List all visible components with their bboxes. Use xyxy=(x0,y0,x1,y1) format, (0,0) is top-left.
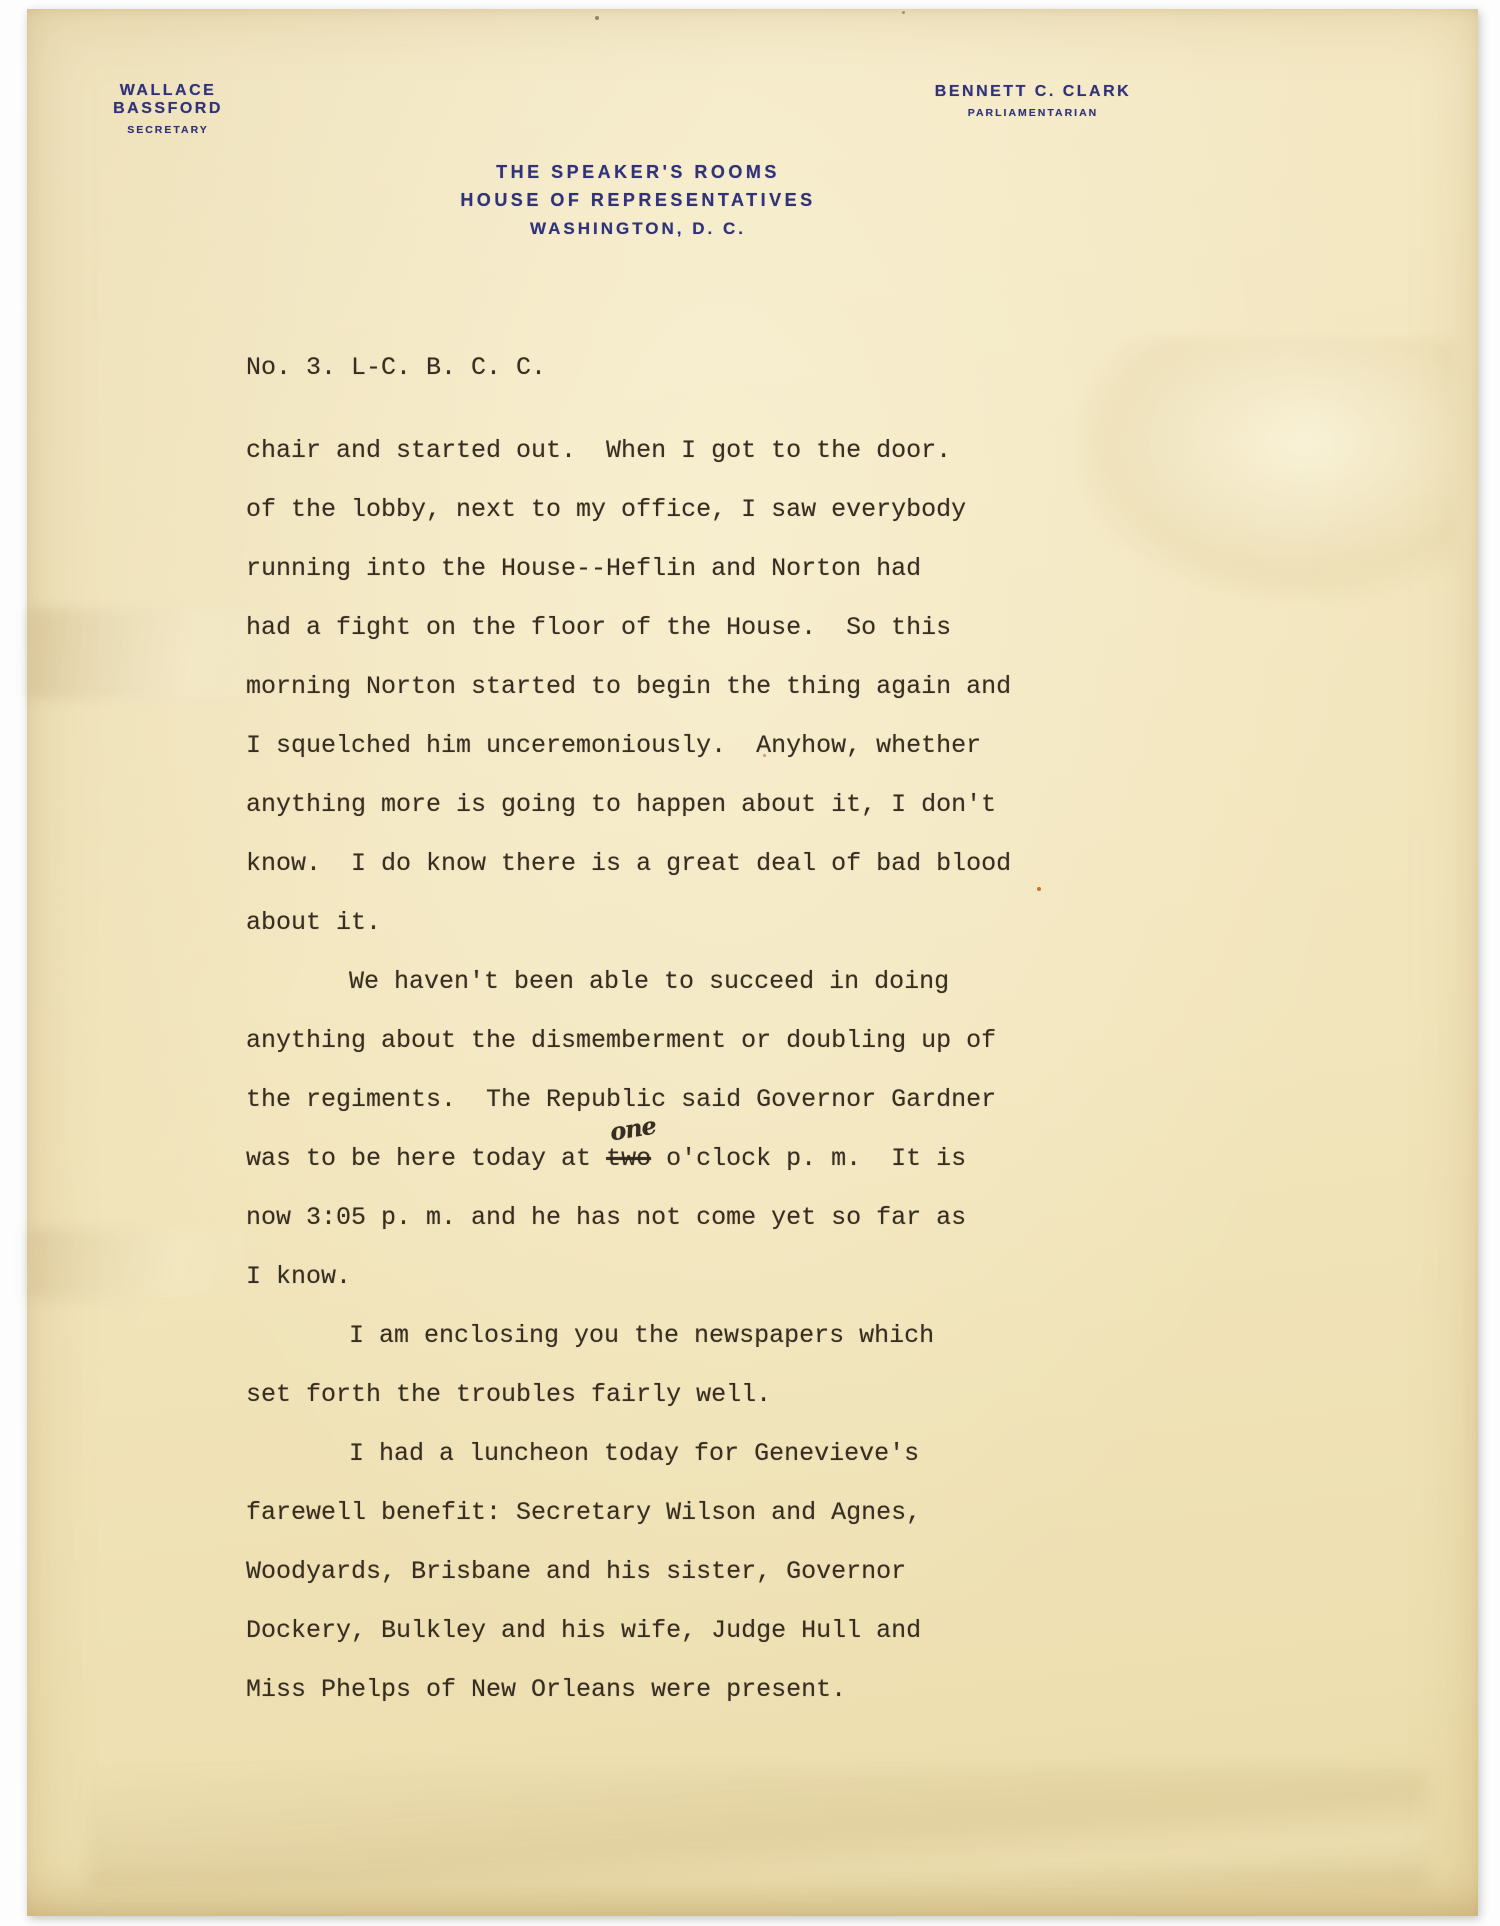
body-line: know. I do know there is a great deal of… xyxy=(246,834,1346,893)
body-text: was to be here today at xyxy=(246,1144,606,1173)
body-line: set forth the troubles fairly well. xyxy=(246,1365,1346,1424)
body-line: anything about the dismemberment or doub… xyxy=(246,1011,1346,1070)
body-line: Dockery, Bulkley and his wife, Judge Hul… xyxy=(246,1601,1346,1660)
letterhead-right: BENNETT C. CLARK PARLIAMENTARIAN xyxy=(928,83,1138,119)
body-line: I know. xyxy=(246,1247,1346,1306)
struck-word: twoone xyxy=(606,1144,651,1173)
letterhead-city-line: WASHINGTON, D. C. xyxy=(338,219,938,239)
body-line: running into the House--Heflin and Norto… xyxy=(246,539,1346,598)
letterhead-center: THE SPEAKER'S ROOMS HOUSE OF REPRESENTAT… xyxy=(338,162,938,239)
body-line: was to be here today at twoone o'clock p… xyxy=(246,1129,1346,1188)
letter-body: chair and started out. When I got to the… xyxy=(246,421,1346,1719)
body-line: Miss Phelps of New Orleans were present. xyxy=(246,1660,1346,1719)
body-line: about it. xyxy=(246,893,1346,952)
letterhead-left-title: SECRETARY xyxy=(68,124,268,136)
scan-speck xyxy=(595,16,599,20)
reference-line: No. 3. L-C. B. C. C. xyxy=(246,353,546,382)
body-line: had a fight on the floor of the House. S… xyxy=(246,598,1346,657)
body-line: chair and started out. When I got to the… xyxy=(246,421,1346,480)
letterhead-left-name: WALLACE BASSFORD xyxy=(68,82,268,118)
letterhead-right-title: PARLIAMENTARIAN xyxy=(928,107,1138,119)
body-text: o'clock p. m. It is xyxy=(651,1144,966,1173)
body-line: anything more is going to happen about i… xyxy=(246,775,1346,834)
body-line: morning Norton started to begin the thin… xyxy=(246,657,1346,716)
body-line: now 3:05 p. m. and he has not come yet s… xyxy=(246,1188,1346,1247)
letterhead-rooms-line: THE SPEAKER'S ROOMS xyxy=(338,162,938,183)
body-line: of the lobby, next to my office, I saw e… xyxy=(246,480,1346,539)
body-line: farewell benefit: Secretary Wilson and A… xyxy=(246,1483,1346,1542)
body-line: the regiments. The Republic said Governo… xyxy=(246,1070,1346,1129)
body-line: I squelched him unceremoniously. Anyhow,… xyxy=(246,716,1346,775)
letterhead-house-line: HOUSE OF REPRESENTATIVES xyxy=(338,190,938,211)
body-line: I had a luncheon today for Genevieve's xyxy=(246,1424,1346,1483)
letterhead-right-name: BENNETT C. CLARK xyxy=(928,83,1138,101)
scan-background: WALLACE BASSFORD SECRETARY BENNETT C. CL… xyxy=(0,0,1500,1926)
letter-page: WALLACE BASSFORD SECRETARY BENNETT C. CL… xyxy=(27,9,1478,1916)
paper-crease xyxy=(87,1769,1427,1889)
letterhead-left: WALLACE BASSFORD SECRETARY xyxy=(68,82,268,136)
body-line: I am enclosing you the newspapers which xyxy=(246,1306,1346,1365)
body-line: Woodyards, Brisbane and his sister, Gove… xyxy=(246,1542,1346,1601)
scan-speck xyxy=(902,11,905,14)
handwritten-correction: one xyxy=(608,1114,657,1145)
body-line: We haven't been able to succeed in doing xyxy=(246,952,1346,1011)
